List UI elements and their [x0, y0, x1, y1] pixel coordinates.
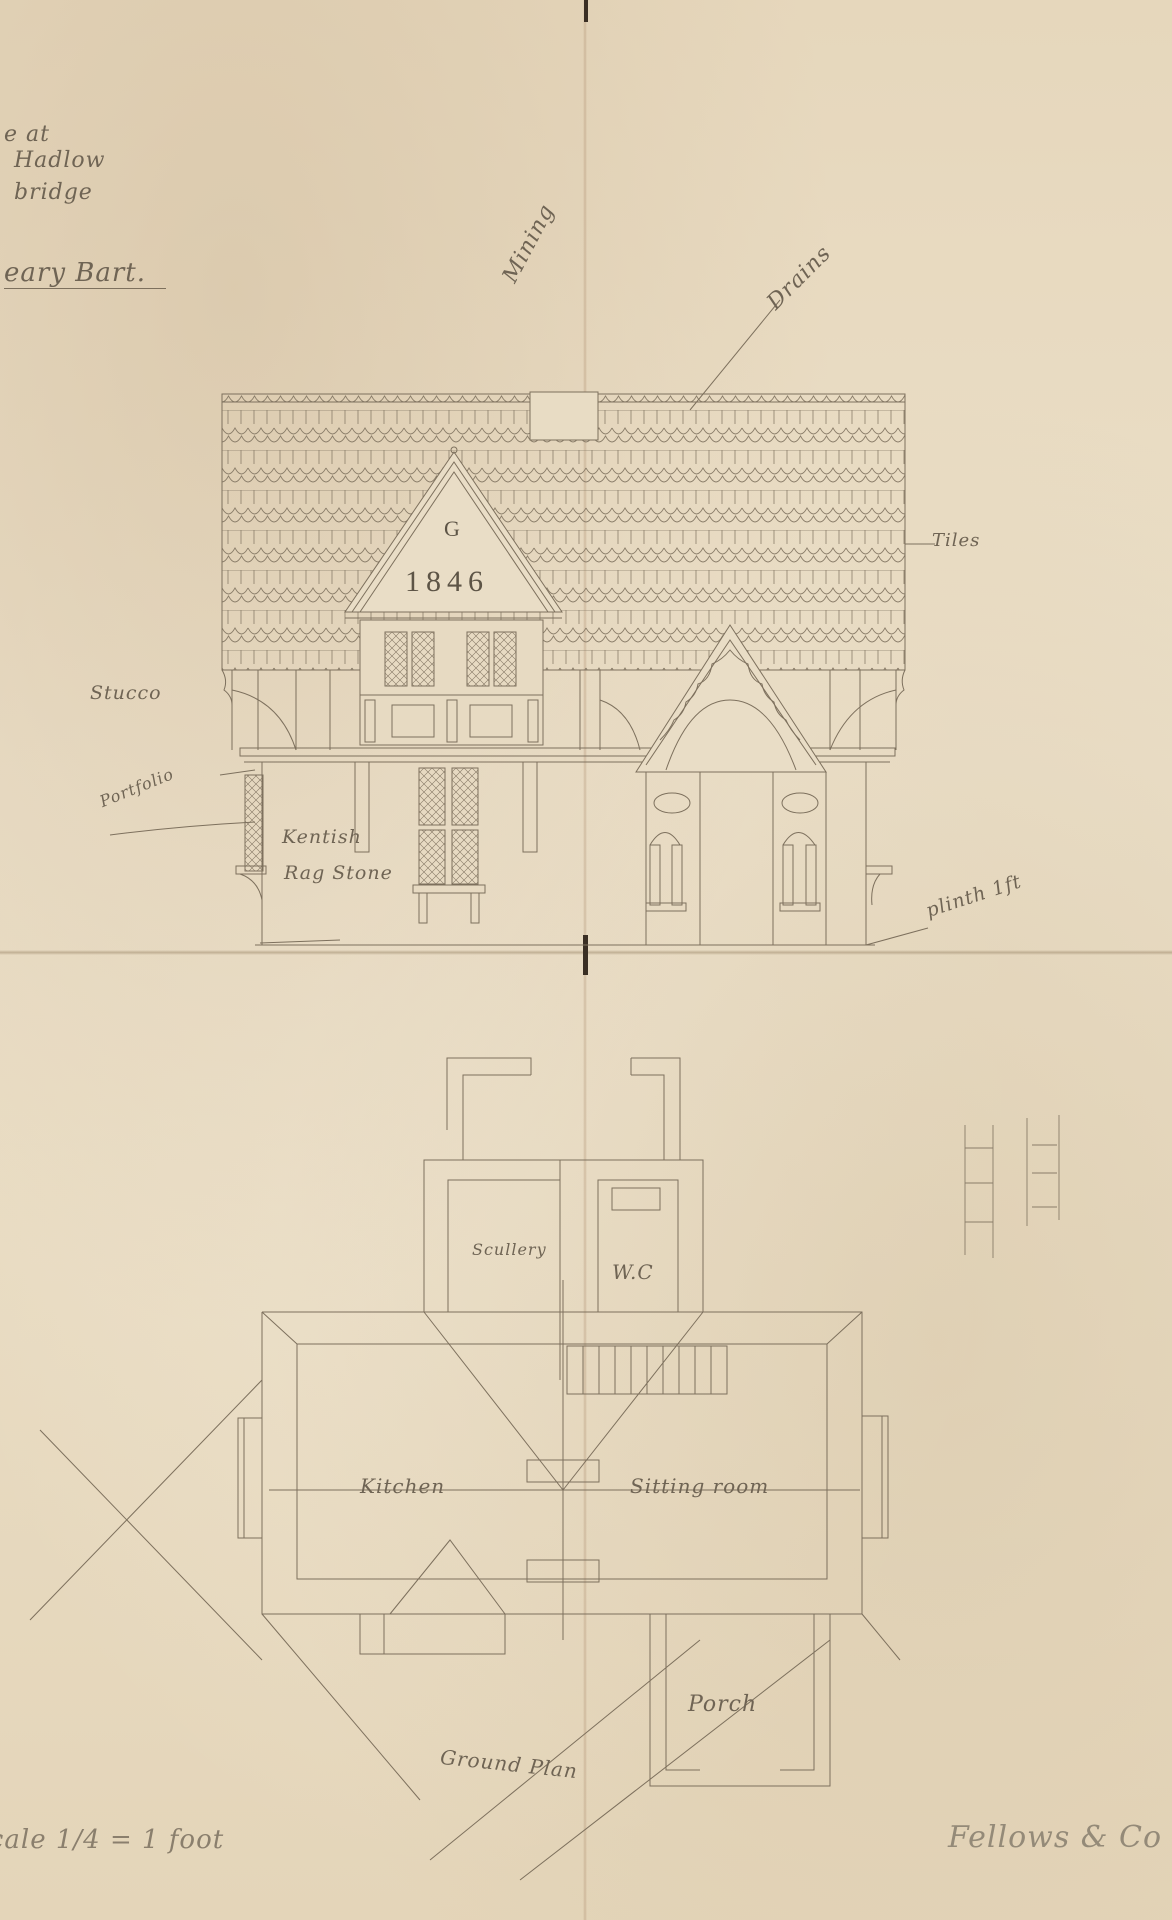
annotation-rag-stone: Rag Stone [284, 862, 393, 884]
annotation-kentish: Kentish [282, 826, 362, 848]
signature: Fellows & Co [948, 1820, 1162, 1855]
annotation-tiles: Tiles [932, 530, 980, 551]
scale-note: Scale 1/4 = 1 foot [0, 1825, 224, 1855]
title-line-4: eary Bart. [4, 258, 166, 289]
gable-date: 1846 [405, 565, 489, 599]
room-label-scullery: Scullery [472, 1240, 547, 1259]
gable-monogram: G [444, 516, 460, 542]
title-line-3: bridge [14, 180, 93, 205]
room-label-wc: W.C [612, 1260, 654, 1284]
architectural-linework [0, 0, 1172, 1920]
annotation-stucco: Stucco [90, 682, 162, 704]
room-label-porch: Porch [688, 1692, 757, 1717]
title-line-1: e at [4, 122, 50, 147]
room-label-kitchen: Kitchen [360, 1474, 445, 1498]
title-line-2: Hadlow [14, 148, 106, 173]
room-label-sitting-room: Sitting room [630, 1474, 769, 1498]
